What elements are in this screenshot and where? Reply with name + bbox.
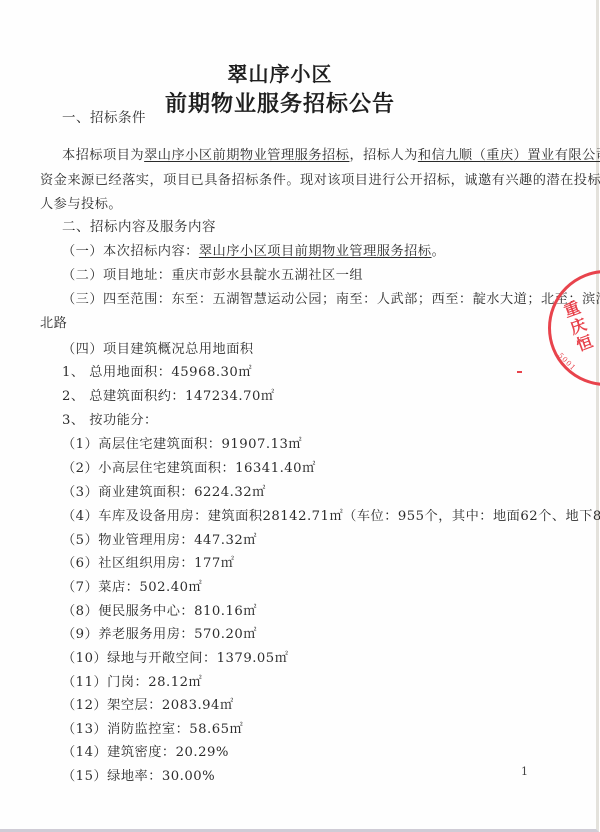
function-item: （12）架空层：2083.94㎡ [62,697,234,715]
section1-paragraph-line2: 资金来源已经落实，项目已具备招标条件。现对该项目进行公开招标，诚邀有兴趣的潜在投… [40,172,600,190]
section2-item2: （二）项目地址：重庆市彭水县靛水五湖社区一组 [62,267,363,285]
section2-item3-line1: （三）四至范围：东至：五湖智慧运动公园；南至：人武部；西至：靛水大道；北至：滨河 [62,291,600,309]
para-mid: ，招标人为 [349,148,417,163]
document-title-line1: 翠山序小区 [0,58,560,87]
section2-item3-line2: 北路 [40,315,67,333]
para-prefix: 本招标项目为 [62,148,144,163]
section2-heading: 二、招标内容及服务内容 [62,218,216,236]
function-item: （4）车库及设备用房：建筑面积28142.71㎡（车位：955个，其中：地面62… [62,508,600,526]
page-number: 1 [521,765,528,778]
section1-heading: 一、招标条件 [62,109,146,127]
function-item: （9）养老服务用房：570.20㎡ [62,626,257,644]
function-item: （1）高层住宅建筑面积：91907.13㎡ [62,436,302,454]
section1-paragraph-line1: 本招标项目为翠山序小区前期物业管理服务招标，招标人为和信九顺（重庆）置业有限公司… [62,147,600,165]
area-item: 1、 总用地面积：45968.30㎡ [62,364,252,382]
project-name: 翠山序小区前期物业管理服务招标 [144,148,349,163]
section2-item4: （四）项目建筑概况总用地面积 [62,341,254,359]
function-item: （8）便民服务中心：810.16㎡ [62,603,257,621]
function-item: （11）门岗：28.12㎡ [62,674,202,692]
function-item: （13）消防监控室：58.65㎡ [62,721,243,739]
tenderer-name: 和信九顺（重庆）置业有限公司 [418,148,600,163]
function-item: （7）菜店：502.40㎡ [62,579,202,597]
section1-paragraph-line3: 人参与投标。 [40,196,122,214]
function-item: （6）社区组织用房：177㎡ [62,555,234,573]
function-item: （10）绿地与开敞空间：1379.05㎡ [62,650,288,668]
section2-item1: （一）本次招标内容：翠山序小区项目前期物业管理服务招标。 [62,243,445,261]
function-item: （15）绿地率：30.00% [62,768,215,786]
red-mark [517,371,522,373]
function-item: （5）物业管理用房：447.32㎡ [62,532,257,550]
item1-end: 。 [432,244,446,259]
function-item: （2）小高层住宅建筑面积：16341.40㎡ [62,460,316,478]
item1-value: 翠山序小区项目前期物业管理服务招标 [199,244,432,259]
function-item: （3）商业建筑面积：6224.32㎡ [62,484,266,502]
area-item: 2、 总建筑面积约：147234.70㎡ [62,388,275,406]
function-item: （14）建筑密度：20.29% [62,744,229,762]
document-page: 翠山序小区 前期物业服务招标公告 一、招标条件 本招标项目为翠山序小区前期物业管… [0,0,599,832]
item1-prefix: （一）本次招标内容： [62,244,199,259]
area-item: 3、 按功能分： [62,412,158,430]
